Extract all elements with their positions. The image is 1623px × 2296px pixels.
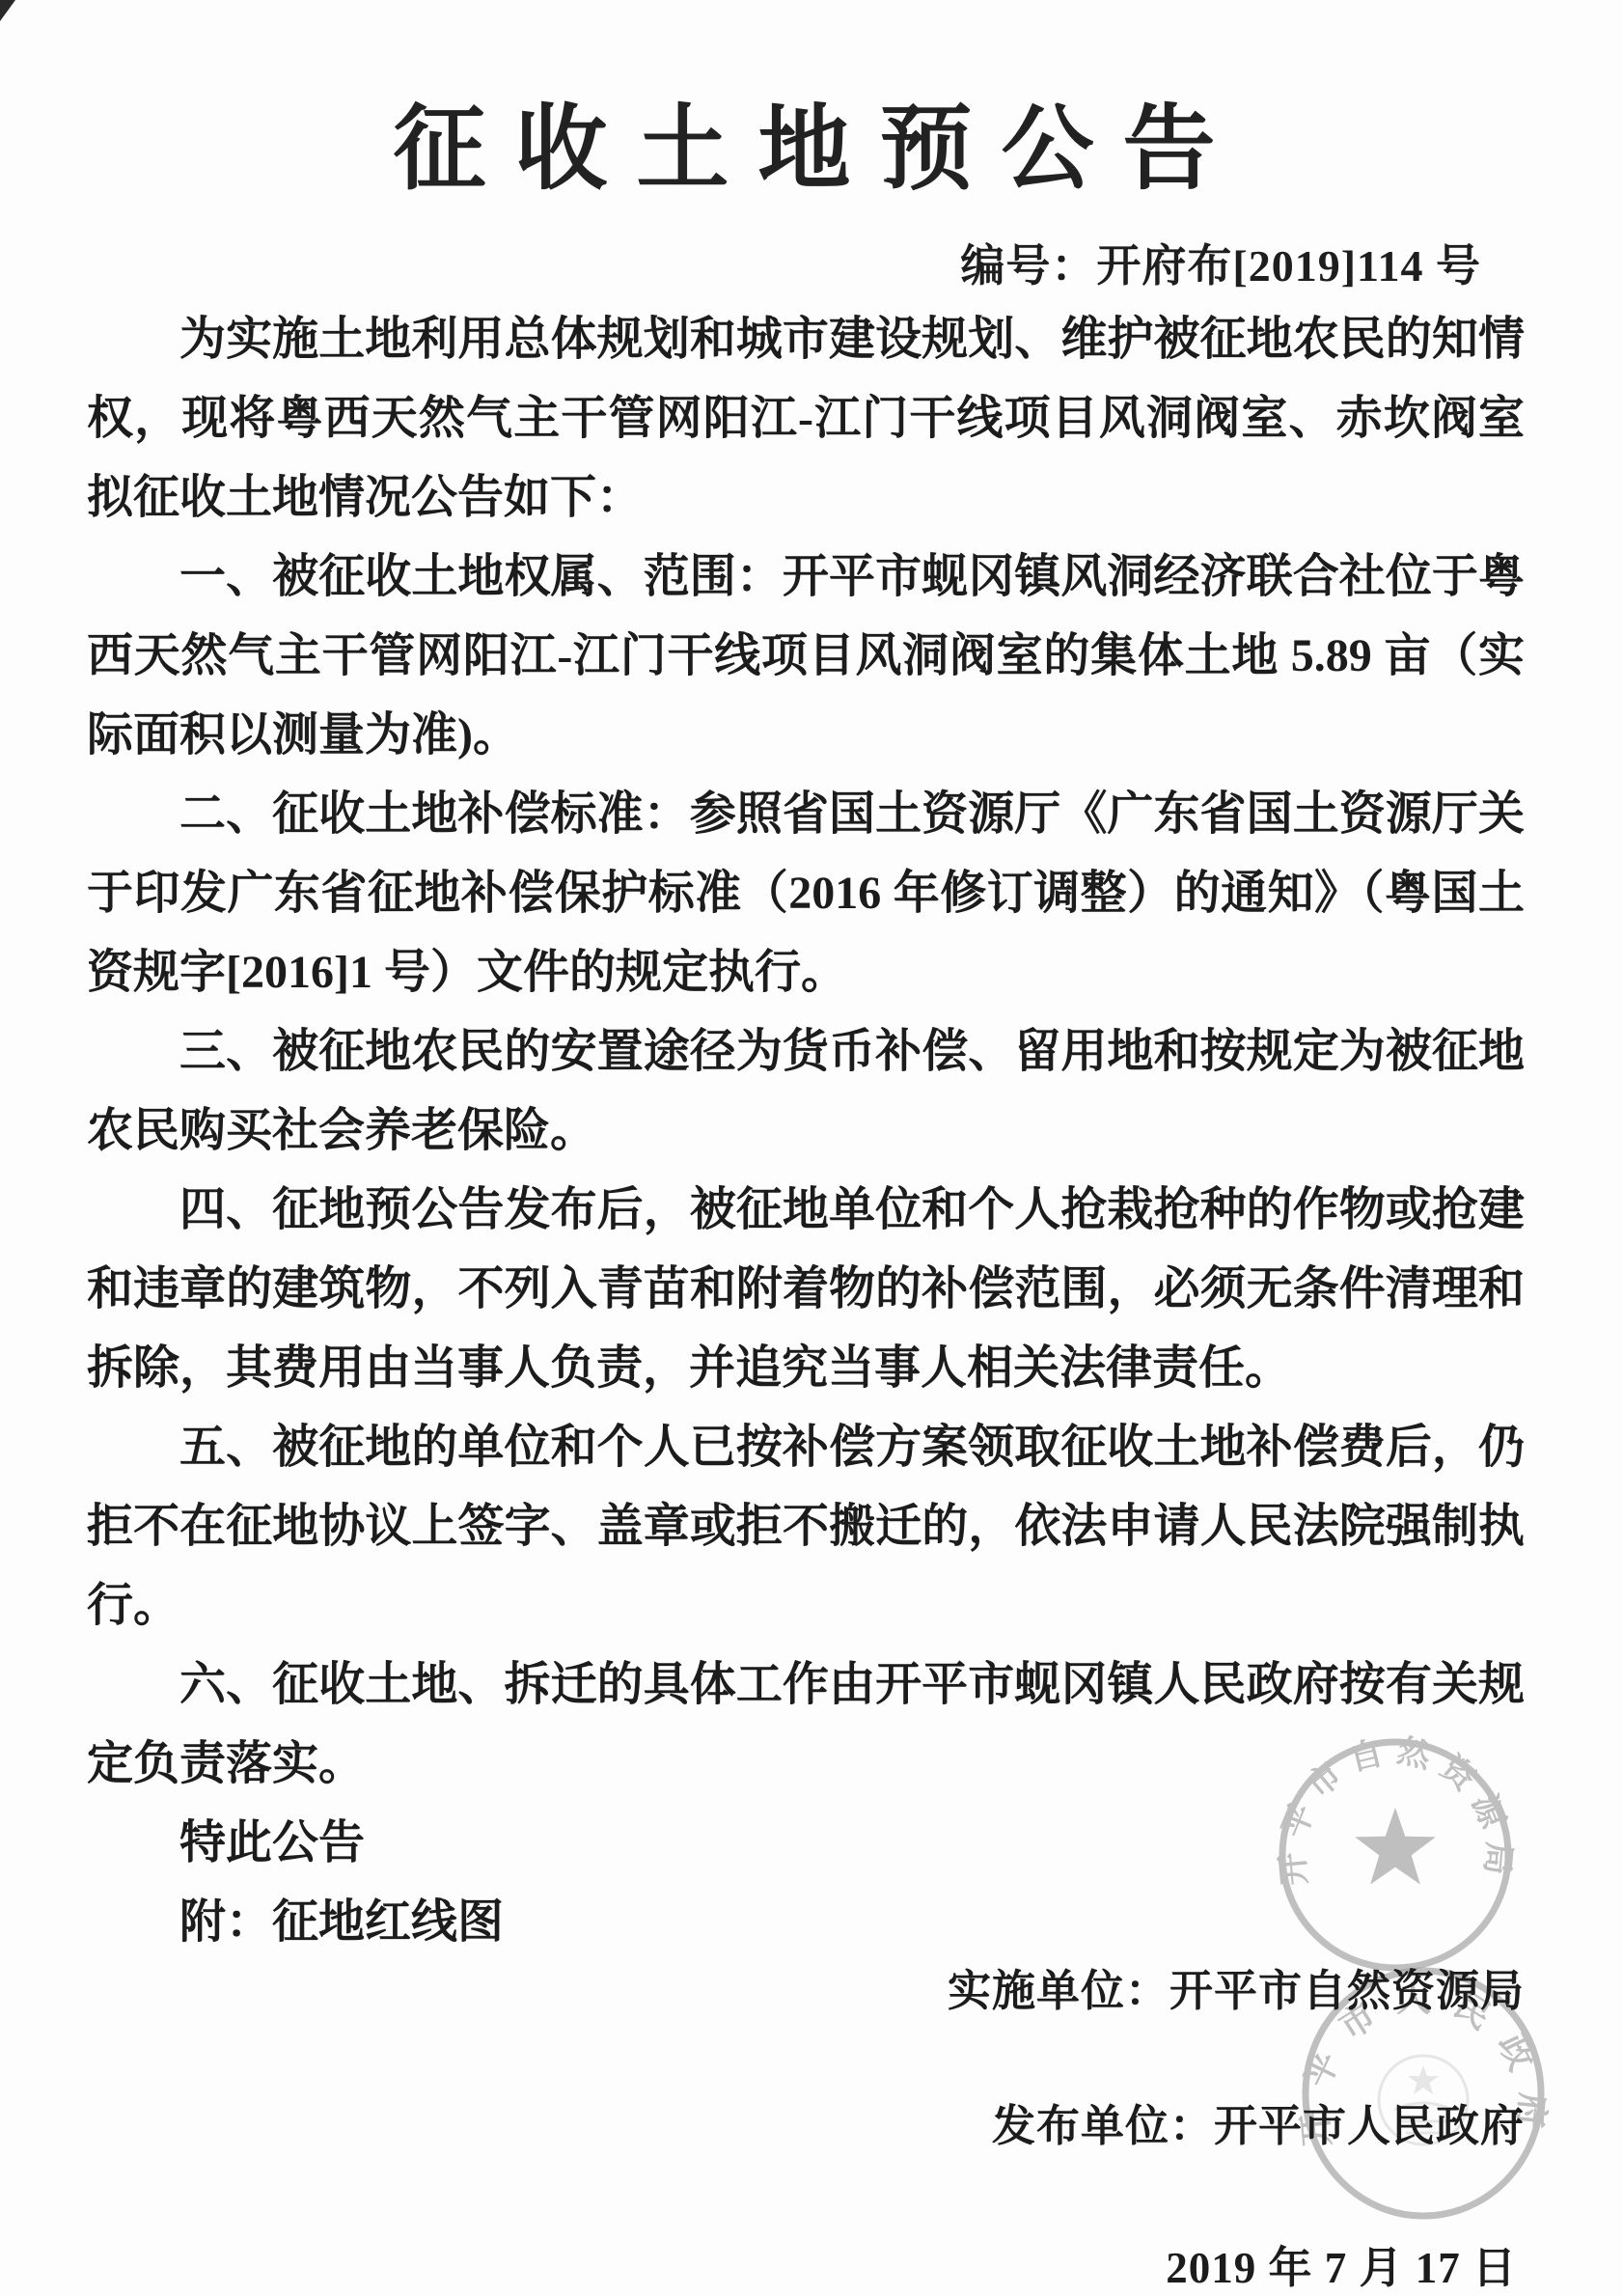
document-number: 编号：开府布[2019]114 号 bbox=[87, 238, 1525, 294]
official-seal-natural-resources: 开平市自然资源局 bbox=[1275, 1734, 1516, 1976]
signature-block: 实施单位：开平市自然资源局 发布单位：开平市人民政府 2019 年 7 月 17… bbox=[87, 1962, 1525, 2296]
date-line: 2019 年 7 月 17 日 bbox=[87, 2239, 1525, 2296]
star-icon bbox=[1355, 1808, 1436, 1885]
issuing-unit-line: 发布单位：开平市人民政府 bbox=[87, 2097, 1525, 2155]
page-title: 征 收 土 地 预 公 告 bbox=[87, 89, 1525, 209]
announcement-document: 征 收 土 地 预 公 告 编号：开府布[2019]114 号 为实施土地利用总… bbox=[0, 0, 1623, 2296]
implementing-unit-line: 实施单位：开平市自然资源局 bbox=[87, 1962, 1525, 2020]
paragraph-item-3: 三、被征地农民的安置途径为货币补偿、留用地和按规定为被征地农民购买社会养老保险。 bbox=[87, 1012, 1525, 1171]
paragraph-item-1: 一、被征收土地权属、范围：开平市蚬冈镇风洞经济联合社位于粤西天然气主干管网阳江-… bbox=[87, 538, 1525, 775]
paragraph-item-4: 四、征地预公告发布后，被征地单位和个人抢栽抢种的作物或抢建和违章的建筑物，不列入… bbox=[87, 1171, 1525, 1408]
document-body: 为实施土地利用总体规划和城市建设规划、维护被征地农民的知情权，现将粤西天然气主干… bbox=[87, 300, 1525, 1962]
paragraph-item-5: 五、被征地的单位和个人已按补偿方案领取征收土地补偿费后，仍拒不在征地协议上签字、… bbox=[87, 1408, 1525, 1646]
paragraph-intro: 为实施土地利用总体规划和城市建设规划、维护被征地农民的知情权，现将粤西天然气主干… bbox=[87, 300, 1525, 538]
paragraph-item-2: 二、征收土地补偿标准：参照省国土资源厅《广东省国土资源厅关于印发广东省征地补偿保… bbox=[87, 775, 1525, 1012]
scan-corner-artifact bbox=[0, 0, 15, 21]
